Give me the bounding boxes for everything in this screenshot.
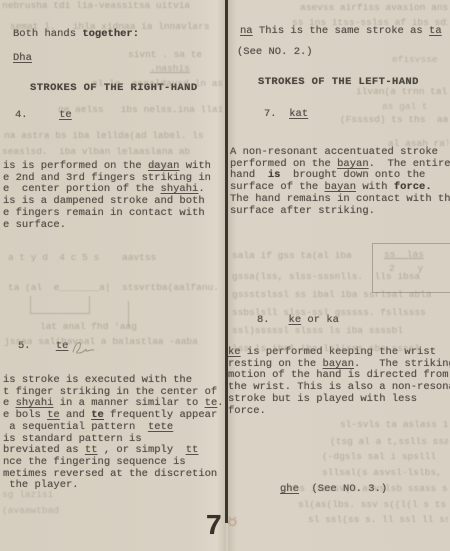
text-line: na This is the same stroke as ta <box>240 26 442 38</box>
text-line: the player. <box>3 480 224 492</box>
text-line: Both hands together: <box>13 29 139 41</box>
left-hand-strokes-heading: STROKES OF THE LEFT-HAND <box>258 77 419 89</box>
item-8-ke-or-ka: 8. ke or ka <box>257 315 339 327</box>
text-line: surface after striking. <box>230 206 450 218</box>
item-5-te: 5. te <box>18 341 68 353</box>
page-spine-divider <box>225 0 228 523</box>
scanned-document-page: Both hands together: Dha STROKES OF THE … <box>0 0 450 551</box>
stroke-5-description: is stroke is executed with thet finger s… <box>3 375 224 492</box>
stroke-8-description: ke is performed keeping the wristresting… <box>228 347 450 417</box>
stroke-7-description: A non-resonant accentuated strokeperform… <box>230 147 450 217</box>
text-line: ghe (See NO. 3.) <box>280 484 387 496</box>
text-line: 4. te <box>15 110 72 122</box>
right-hand-strokes-heading: STROKES OF THE RIGHT-HAND <box>30 83 198 95</box>
text-line: 5. te <box>18 341 68 353</box>
item-4-te: 4. te <box>15 110 72 122</box>
text-line: 8. ke or ka <box>257 315 339 327</box>
item-7-kat: 7. kat <box>264 109 308 121</box>
handwritten-mark <box>70 338 96 358</box>
bol-dha: Dha <box>13 53 32 65</box>
ghe-reference-line: ghe (See NO. 3.) <box>280 484 387 496</box>
text-line: force. <box>228 406 450 418</box>
text-line: e surface. <box>3 220 211 232</box>
na-reference-line: na This is the same stroke as ta <box>240 26 442 38</box>
right-page: na This is the same stroke as ta (See NO… <box>228 0 450 551</box>
text-line: Dha <box>13 53 32 65</box>
page-number: 7 <box>206 509 222 541</box>
left-page: Both hands together: Dha STROKES OF THE … <box>0 0 226 551</box>
stroke-4-description: is is performed on the dayan withe 2nd a… <box>3 161 211 231</box>
text-line: 7. kat <box>264 109 308 121</box>
both-hands-line: Both hands together: <box>13 29 139 41</box>
see-no2-reference: (See NO. 2.) <box>237 47 313 59</box>
